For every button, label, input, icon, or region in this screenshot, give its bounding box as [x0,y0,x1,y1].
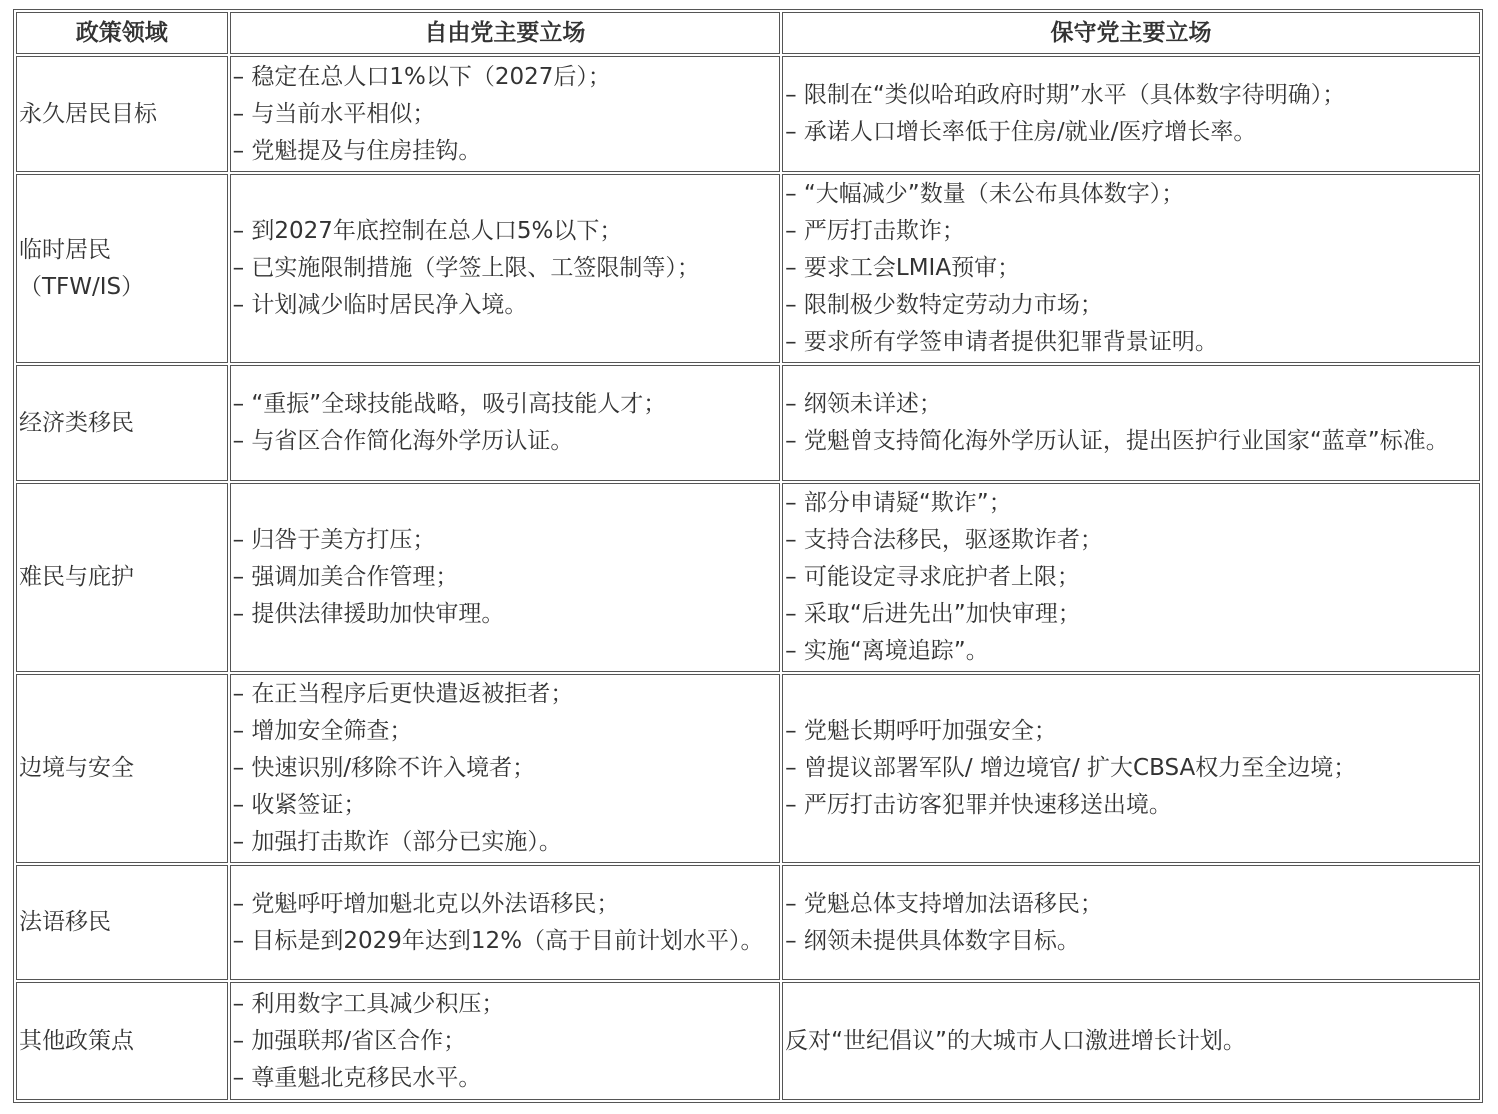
list-item: – 到2027年底控制在总人口5%以下； [233,213,778,250]
conservative-position-cell: – 党魁总体支持增加法语移民； – 纲领未提供具体数字目标。 [782,865,1480,980]
conservative-position-cell: – 部分申请疑“欺诈”； – 支持合法移民，驱逐欺诈者； – 可能设定寻求庇护者… [782,483,1480,672]
policy-area-cell: 其他政策点 [16,982,228,1100]
list-item: – 部分申请疑“欺诈”； [785,485,1477,522]
list-item: – 限制极少数特定劳动力市场； [785,287,1477,324]
conservative-position-cell: – “大幅减少”数量（未公布具体数字）； – 严厉打击欺诈； – 要求工会LMI… [782,174,1480,363]
list-item: – 与当前水平相似； [233,96,778,133]
policy-area-cell: 经济类移民 [16,365,228,481]
policy-area-label: 永久居民目标 [19,96,225,133]
policy-area-cell: 难民与庇护 [16,483,228,672]
list-item: – 党魁长期呼吁加强安全； [785,713,1477,750]
policy-area-label: 其他政策点 [19,1023,225,1060]
policy-area-cell: 临时居民 （TFW/IS） [16,174,228,363]
list-item: – 实施“离境追踪”。 [785,633,1477,670]
liberal-position-cell: – 利用数字工具减少积压； – 加强联邦/省区合作； – 尊重魁北克移民水平。 [230,982,781,1100]
list-item: – 纲领未详述； [785,386,1477,423]
list-item: – 党魁总体支持增加法语移民； [785,886,1477,923]
list-item: – 加强联邦/省区合作； [233,1023,778,1060]
list-item: – 纲领未提供具体数字目标。 [785,923,1477,960]
policy-area-label: 经济类移民 [19,405,225,442]
list-item: – 利用数字工具减少积压； [233,986,778,1023]
table-row: 其他政策点 – 利用数字工具减少积压； – 加强联邦/省区合作； – 尊重魁北克… [16,982,1480,1100]
conservative-position-cell: – 限制在“类似哈珀政府时期”水平（具体数字待明确）； – 承诺人口增长率低于住… [782,56,1480,172]
list-item: – 增加安全筛查； [233,713,778,750]
list-item: – “重振”全球技能战略，吸引高技能人才； [233,386,778,423]
liberal-position-cell: – 归咎于美方打压； – 强调加美合作管理； – 提供法律援助加快审理。 [230,483,781,672]
list-item: – “大幅减少”数量（未公布具体数字）； [785,176,1477,213]
liberal-position-cell: – 党魁呼吁增加魁北克以外法语移民； – 目标是到2029年达到12%（高于目前… [230,865,781,980]
list-item: – 严厉打击访客犯罪并快速移送出境。 [785,787,1477,824]
list-item: – 稳定在总人口1%以下（2027后）； [233,59,778,96]
list-item: – 与省区合作简化海外学历认证。 [233,423,778,460]
list-item: – 限制在“类似哈珀政府时期”水平（具体数字待明确）； [785,77,1477,114]
list-item: – 采取“后进先出”加快审理； [785,596,1477,633]
list-item: – 归咎于美方打压； [233,522,778,559]
list-item: – 党魁曾支持简化海外学历认证，提出医护行业国家“蓝章”标准。 [785,423,1477,460]
list-item: – 要求所有学签申请者提供犯罪背景证明。 [785,324,1477,361]
policy-area-cell: 永久居民目标 [16,56,228,172]
liberal-position-cell: – “重振”全球技能战略，吸引高技能人才； – 与省区合作简化海外学历认证。 [230,365,781,481]
list-item: – 强调加美合作管理； [233,559,778,596]
table-row: 临时居民 （TFW/IS） – 到2027年底控制在总人口5%以下； – 已实施… [16,174,1480,363]
list-item: – 要求工会LMIA预审； [785,250,1477,287]
header-conservative-position: 保守党主要立场 [782,12,1480,54]
table-row: 法语移民 – 党魁呼吁增加魁北克以外法语移民； – 目标是到2029年达到12%… [16,865,1480,980]
list-item: – 快速识别/移除不许入境者； [233,750,778,787]
list-item: – 承诺人口增长率低于住房/就业/医疗增长率。 [785,114,1477,151]
policy-area-label: 边境与安全 [19,750,225,787]
list-item: – 计划减少临时居民净入境。 [233,287,778,324]
liberal-position-cell: – 在正当程序后更快遣返被拒者； – 增加安全筛查； – 快速识别/移除不许入境… [230,674,781,863]
header-row: 政策领域 自由党主要立场 保守党主要立场 [16,12,1480,54]
liberal-position-cell: – 稳定在总人口1%以下（2027后）； – 与当前水平相似； – 党魁提及与住… [230,56,781,172]
list-item: – 加强打击欺诈（部分已实施）。 [233,824,778,861]
list-item: – 支持合法移民，驱逐欺诈者； [785,522,1477,559]
table-row: 边境与安全 – 在正当程序后更快遣返被拒者； – 增加安全筛查； – 快速识别/… [16,674,1480,863]
list-item: – 收紧签证； [233,787,778,824]
list-item: – 目标是到2029年达到12%（高于目前计划水平）。 [233,923,778,960]
list-item: – 提供法律援助加快审理。 [233,596,778,633]
list-item: 反对“世纪倡议”的大城市人口激进增长计划。 [785,1023,1477,1060]
header-liberal-position: 自由党主要立场 [230,12,781,54]
list-item: – 曾提议部署军队/ 增边境官/ 扩大CBSA权力至全边境； [785,750,1477,787]
header-policy-area: 政策领域 [16,12,228,54]
list-item: – 可能设定寻求庇护者上限； [785,559,1477,596]
conservative-position-cell: 反对“世纪倡议”的大城市人口激进增长计划。 [782,982,1480,1100]
table-row: 经济类移民 – “重振”全球技能战略，吸引高技能人才； – 与省区合作简化海外学… [16,365,1480,481]
list-item: – 已实施限制措施（学签上限、工签限制等）； [233,250,778,287]
policy-area-cell: 法语移民 [16,865,228,980]
list-item: – 尊重魁北克移民水平。 [233,1060,778,1097]
table-row: 永久居民目标 – 稳定在总人口1%以下（2027后）； – 与当前水平相似； –… [16,56,1480,172]
policy-comparison-table: 政策领域 自由党主要立场 保守党主要立场 永久居民目标 – 稳定在总人口1%以下… [13,9,1483,1103]
conservative-position-cell: – 纲领未详述； – 党魁曾支持简化海外学历认证，提出医护行业国家“蓝章”标准。 [782,365,1480,481]
list-item: – 党魁呼吁增加魁北克以外法语移民； [233,886,778,923]
list-item: – 严厉打击欺诈； [785,213,1477,250]
policy-area-cell: 边境与安全 [16,674,228,863]
policy-area-label: 难民与庇护 [19,559,225,596]
policy-area-sublabel: （TFW/IS） [19,269,225,306]
policy-area-label: 法语移民 [19,904,225,941]
table-row: 难民与庇护 – 归咎于美方打压； – 强调加美合作管理； – 提供法律援助加快审… [16,483,1480,672]
list-item: – 党魁提及与住房挂钩。 [233,133,778,170]
policy-area-label: 临时居民 [19,232,225,269]
liberal-position-cell: – 到2027年底控制在总人口5%以下； – 已实施限制措施（学签上限、工签限制… [230,174,781,363]
list-item: – 在正当程序后更快遣返被拒者； [233,676,778,713]
conservative-position-cell: – 党魁长期呼吁加强安全； – 曾提议部署军队/ 增边境官/ 扩大CBSA权力至… [782,674,1480,863]
